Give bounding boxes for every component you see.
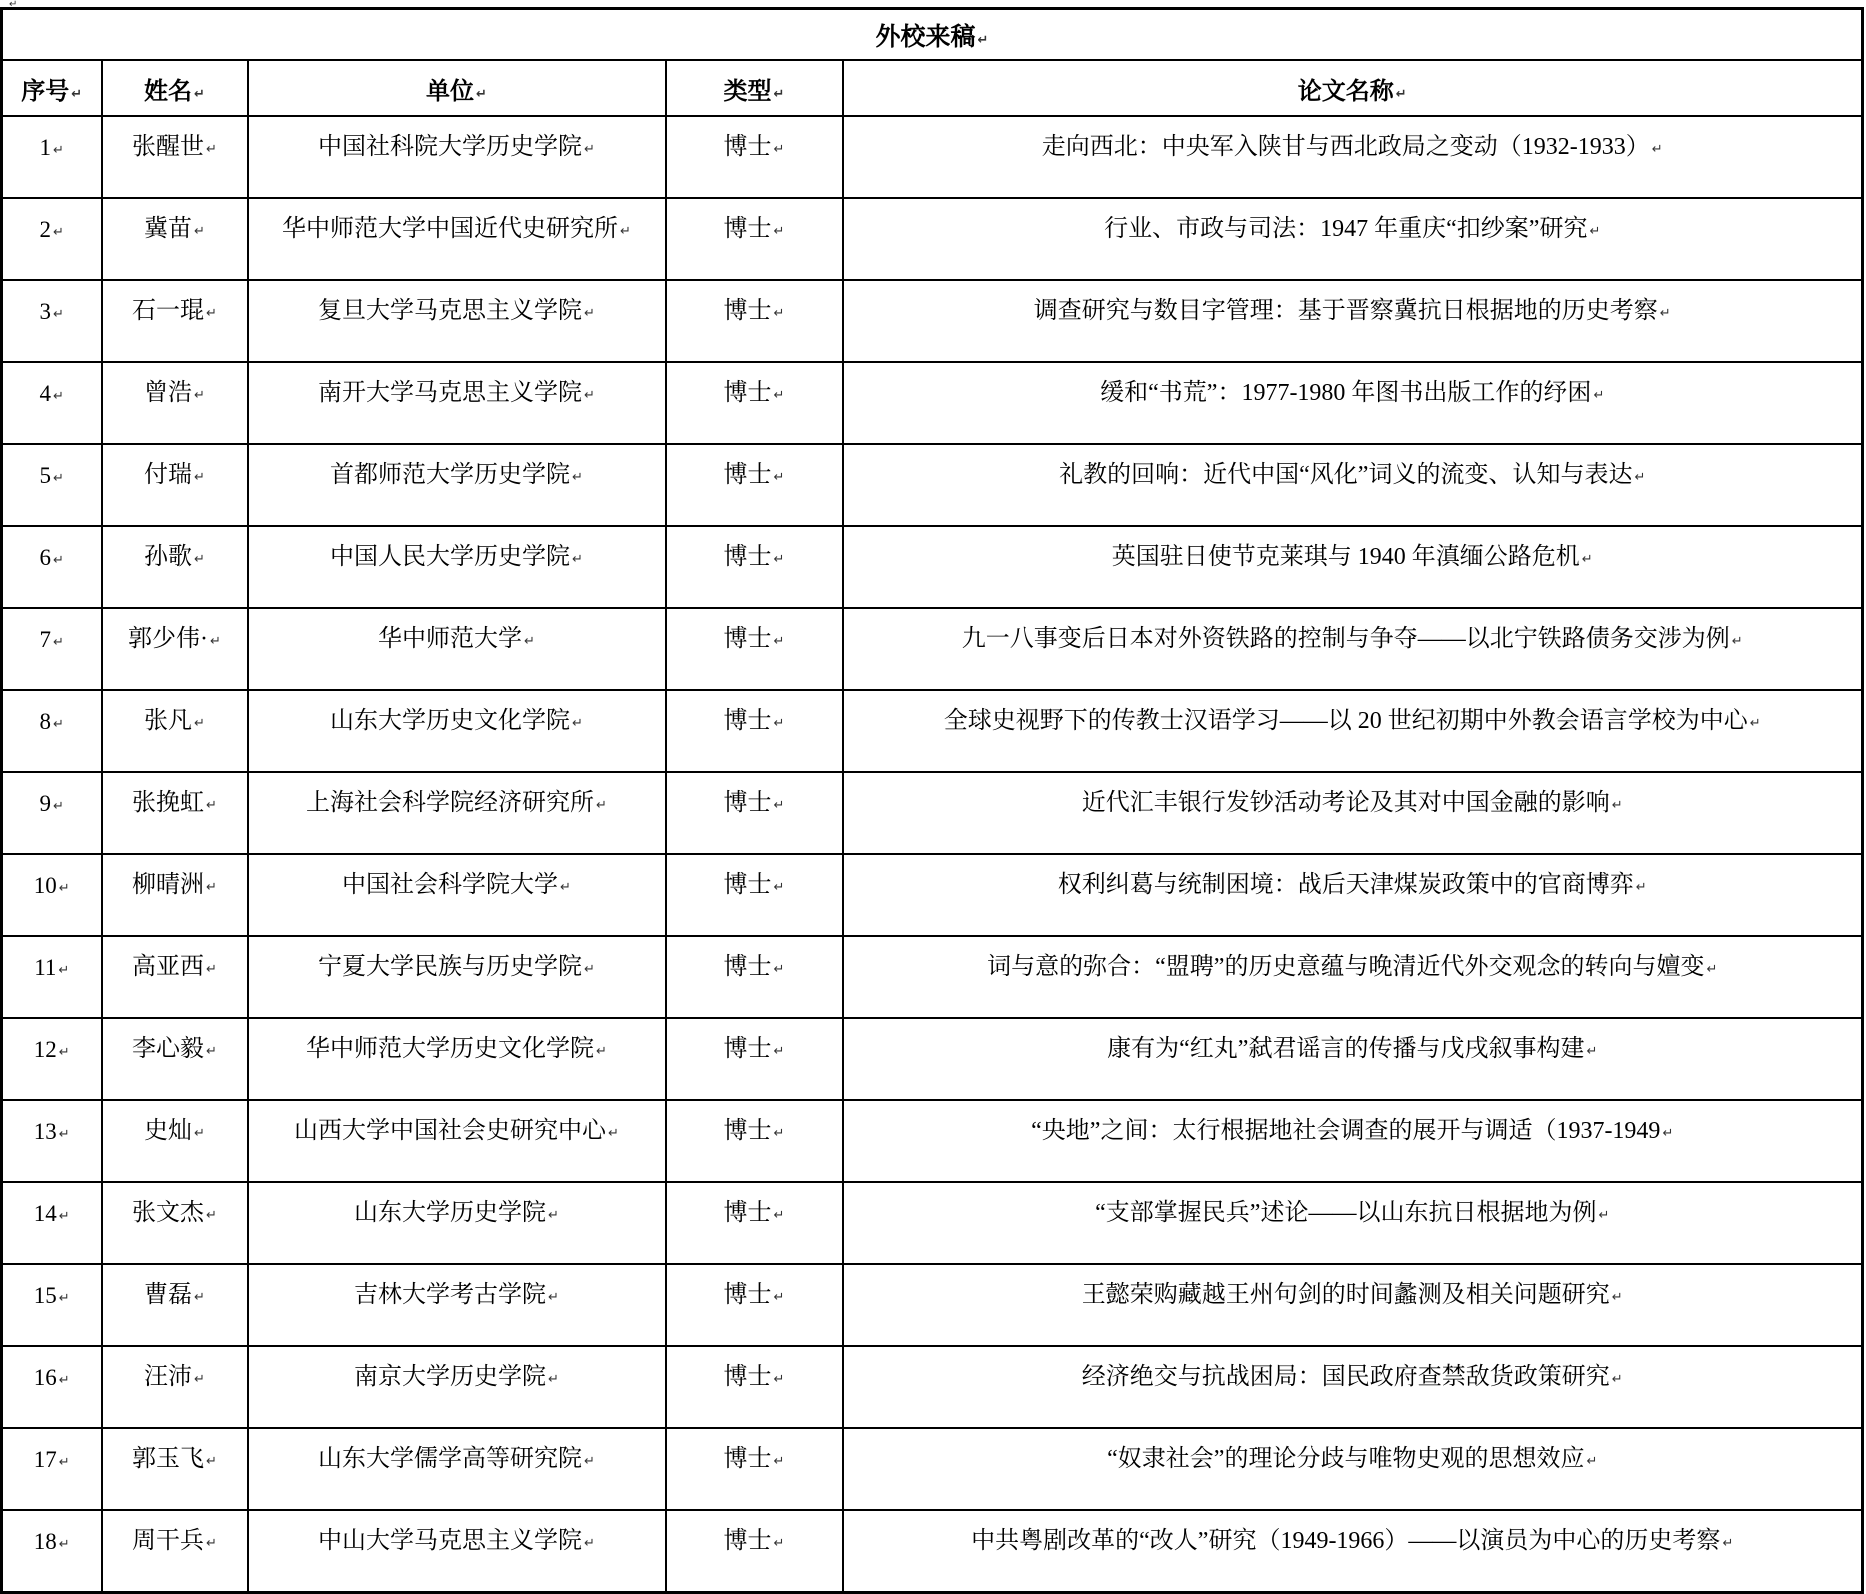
cell-name-text: 张醒世 (132, 134, 217, 160)
cell-type-text: 博士 (724, 1446, 785, 1472)
table-body: 1张醒世中国社科院大学历史学院博士走向西北：中央军入陕甘与西北政局之变动（193… (2, 116, 1863, 1593)
cell-type: 博士 (666, 280, 843, 362)
table-row: 15曹磊吉林大学考古学院博士王懿荣购藏越王州句剑的时间蠡测及相关问题研究 (2, 1264, 1863, 1346)
cell-unit-text: 宁夏大学民族与历史学院 (318, 954, 595, 980)
cell-name: 高亚西 (102, 936, 248, 1018)
cell-title: 全球史视野下的传教士汉语学习——以 20 世纪初期中外教会语言学校为中心 (843, 690, 1863, 772)
cell-title-text: 全球史视野下的传教士汉语学习——以 20 世纪初期中外教会语言学校为中心 (944, 708, 1761, 734)
cell-no-text: 2 (40, 217, 64, 242)
col-header-title: 论文名称 (843, 60, 1863, 116)
cell-no-text: 6 (40, 545, 64, 570)
cell-no: 15 (2, 1264, 102, 1346)
cell-name: 孙歌 (102, 526, 248, 608)
cell-unit-text: 南开大学马克思主义学院 (318, 380, 595, 406)
cell-unit: 山东大学历史文化学院 (248, 690, 666, 772)
cell-no-text: 11 (34, 955, 69, 980)
cell-no: 3 (2, 280, 102, 362)
table-row: 9张挽虹上海社会科学院经济研究所博士近代汇丰银行发钞活动考论及其对中国金融的影响 (2, 772, 1863, 854)
cell-type: 博士 (666, 116, 843, 198)
cell-no-text: 14 (34, 1201, 70, 1226)
table-row: 8张凡山东大学历史文化学院博士全球史视野下的传教士汉语学习——以 20 世纪初期… (2, 690, 1863, 772)
cell-type-text: 博士 (724, 1036, 785, 1062)
cell-no-text: 7 (40, 627, 64, 652)
cell-title: 调查研究与数目字管理：基于晋察冀抗日根据地的历史考察 (843, 280, 1863, 362)
cell-type: 博士 (666, 1428, 843, 1510)
cell-unit-text: 上海社会科学院经济研究所 (306, 790, 607, 816)
cell-type-text: 博士 (724, 216, 785, 242)
cell-unit: 山东大学儒学高等研究院 (248, 1428, 666, 1510)
col-header-no-text: 序号 (21, 79, 82, 105)
cell-no-text: 16 (34, 1365, 70, 1390)
cell-type-text: 博士 (724, 954, 785, 980)
cell-no: 7 (2, 608, 102, 690)
cell-title-text: 词与意的弥合：“盟聘”的历史意蕴与晚清近代外交观念的转向与嬗变 (987, 954, 1717, 980)
cell-name-text: 付瑞 (144, 462, 205, 488)
table-title: 外校来稿 (2, 9, 1863, 61)
cell-unit-text: 山西大学中国社会史研究中心 (294, 1118, 619, 1144)
cell-unit: 中山大学马克思主义学院 (248, 1510, 666, 1593)
cell-no-text: 15 (34, 1283, 70, 1308)
table-row: 13史灿山西大学中国社会史研究中心博士“央地”之间：太行根据地社会调查的展开与调… (2, 1100, 1863, 1182)
cell-no-text: 3 (40, 299, 64, 324)
cell-no: 18 (2, 1510, 102, 1593)
cell-name: 汪沛 (102, 1346, 248, 1428)
cell-title: 中共粤剧改革的“改人”研究（1949-1966）——以演员为中心的历史考察 (843, 1510, 1863, 1593)
cell-name-text: 张文杰 (132, 1200, 217, 1226)
cell-unit-text: 吉林大学考古学院 (354, 1282, 559, 1308)
table-row: 10柳晴洲中国社会科学院大学博士权利纠葛与统制困境：战后天津煤炭政策中的官商博弈 (2, 854, 1863, 936)
col-header-name-text: 姓名 (144, 79, 205, 105)
cell-unit-text: 南京大学历史学院 (354, 1364, 559, 1390)
cell-title-text: “支部掌握民兵”述论——以山东抗日根据地为例 (1095, 1200, 1609, 1226)
cell-no: 5 (2, 444, 102, 526)
cell-name: 曾浩 (102, 362, 248, 444)
cell-type-text: 博士 (724, 1200, 785, 1226)
cell-no: 9 (2, 772, 102, 854)
col-header-no: 序号 (2, 60, 102, 116)
cell-no: 14 (2, 1182, 102, 1264)
cell-no-text: 18 (34, 1529, 70, 1554)
cell-no-text: 10 (34, 873, 70, 898)
cell-unit: 首都师范大学历史学院 (248, 444, 666, 526)
cell-unit-text: 中山大学马克思主义学院 (318, 1528, 595, 1554)
cell-name: 冀苗 (102, 198, 248, 280)
cell-no-text: 17 (34, 1447, 70, 1472)
cell-type-text: 博士 (724, 1528, 785, 1554)
table-row: 17郭玉飞山东大学儒学高等研究院博士“奴隶社会”的理论分歧与唯物史观的思想效应 (2, 1428, 1863, 1510)
cell-unit: 宁夏大学民族与历史学院 (248, 936, 666, 1018)
cell-type: 博士 (666, 1018, 843, 1100)
cell-title-text: 走向西北：中央军入陕甘与西北政局之变动（1932-1933） (1042, 134, 1663, 160)
cell-title-text: 调查研究与数目字管理：基于晋察冀抗日根据地的历史考察 (1034, 298, 1671, 324)
cell-title: 行业、市政与司法：1947 年重庆“扣纱案”研究 (843, 198, 1863, 280)
cell-title: “央地”之间：太行根据地社会调查的展开与调适（1937-1949 (843, 1100, 1863, 1182)
table-row: 11高亚西宁夏大学民族与历史学院博士词与意的弥合：“盟聘”的历史意蕴与晚清近代外… (2, 936, 1863, 1018)
document-page: ↵ 外校来稿 序号 姓名 单位 类型 论文名称 1张醒世中国社科院大学历史学院博… (0, 0, 1866, 1247)
cell-name-text: 张凡 (144, 708, 205, 734)
cell-name: 周干兵 (102, 1510, 248, 1593)
cell-title-text: 英国驻日使节克莱琪与 1940 年滇缅公路危机 (1112, 544, 1593, 570)
cell-name: 郭玉飞 (102, 1428, 248, 1510)
cell-no-text: 1 (40, 135, 64, 160)
cell-no-text: 12 (34, 1037, 70, 1062)
col-header-title-text: 论文名称 (1298, 79, 1407, 105)
cell-unit: 山东大学历史学院 (248, 1182, 666, 1264)
cell-title-text: 行业、市政与司法：1947 年重庆“扣纱案”研究 (1104, 216, 1600, 242)
cell-type: 博士 (666, 1182, 843, 1264)
cell-title-text: 缓和“书荒”：1977-1980 年图书出版工作的纾困 (1100, 380, 1604, 406)
table-row: 12李心毅华中师范大学历史文化学院博士康有为“红丸”弑君谣言的传播与戊戌叙事构建 (2, 1018, 1863, 1100)
cell-unit: 华中师范大学中国近代史研究所 (248, 198, 666, 280)
cell-name-text: 冀苗 (144, 216, 205, 242)
cell-unit: 南开大学马克思主义学院 (248, 362, 666, 444)
cell-type-text: 博士 (724, 1118, 785, 1144)
cell-type: 博士 (666, 198, 843, 280)
col-header-name: 姓名 (102, 60, 248, 116)
cell-name: 曹磊 (102, 1264, 248, 1346)
cell-title: “奴隶社会”的理论分歧与唯物史观的思想效应 (843, 1428, 1863, 1510)
cell-type: 博士 (666, 362, 843, 444)
cell-unit-text: 华中师范大学中国近代史研究所 (282, 216, 631, 242)
cell-name-text: 孙歌 (144, 544, 205, 570)
cell-title-text: “奴隶社会”的理论分歧与唯物史观的思想效应 (1107, 1446, 1597, 1472)
cell-name: 郭少伟· (102, 608, 248, 690)
cell-type-text: 博士 (724, 1364, 785, 1390)
cell-title: 王懿荣购藏越王州句剑的时间蠡测及相关问题研究 (843, 1264, 1863, 1346)
table-header-row: 序号 姓名 单位 类型 论文名称 (2, 60, 1863, 116)
cell-name-text: 张挽虹 (132, 790, 217, 816)
cell-type: 博士 (666, 1346, 843, 1428)
cell-unit-text: 山东大学儒学高等研究院 (318, 1446, 595, 1472)
cell-unit: 吉林大学考古学院 (248, 1264, 666, 1346)
cell-unit: 华中师范大学 (248, 608, 666, 690)
cell-title-text: 权利纠葛与统制困境：战后天津煤炭政策中的官商博弈 (1058, 872, 1647, 898)
cell-no: 8 (2, 690, 102, 772)
cell-type: 博士 (666, 1264, 843, 1346)
table-row: 16汪沛南京大学历史学院博士经济绝交与抗战困局：国民政府查禁敌货政策研究 (2, 1346, 1863, 1428)
cell-type-text: 博士 (724, 380, 785, 406)
table-title-text: 外校来稿 (876, 24, 989, 51)
cell-title-text: 康有为“红丸”弑君谣言的传播与戊戌叙事构建 (1107, 1036, 1597, 1062)
cell-unit-text: 华中师范大学历史文化学院 (306, 1036, 607, 1062)
cell-type: 博士 (666, 854, 843, 936)
cell-name: 张醒世 (102, 116, 248, 198)
cell-type-text: 博士 (724, 626, 785, 652)
cell-no: 13 (2, 1100, 102, 1182)
cell-title: 走向西北：中央军入陕甘与西北政局之变动（1932-1933） (843, 116, 1863, 198)
table-row: 7郭少伟·华中师范大学博士九一八事变后日本对外资铁路的控制与争夺——以北宁铁路债… (2, 608, 1863, 690)
cell-unit-text: 山东大学历史学院 (354, 1200, 559, 1226)
table-row: 6孙歌中国人民大学历史学院博士英国驻日使节克莱琪与 1940 年滇缅公路危机 (2, 526, 1863, 608)
cell-title-text: 经济绝交与抗战困局：国民政府查禁敌货政策研究 (1082, 1364, 1623, 1390)
cell-type: 博士 (666, 608, 843, 690)
cell-no-text: 4 (40, 381, 64, 406)
cell-name-text: 曾浩 (144, 380, 205, 406)
cell-unit-text: 中国社科院大学历史学院 (318, 134, 595, 160)
cell-name-text: 柳晴洲 (132, 872, 217, 898)
cell-title: 康有为“红丸”弑君谣言的传播与戊戌叙事构建 (843, 1018, 1863, 1100)
cell-name: 史灿 (102, 1100, 248, 1182)
cell-name: 张挽虹 (102, 772, 248, 854)
cell-type-text: 博士 (724, 298, 785, 324)
cell-name: 李心毅 (102, 1018, 248, 1100)
cell-name-text: 石一琨 (132, 298, 217, 324)
cell-title-text: “央地”之间：太行根据地社会调查的展开与调适（1937-1949 (1031, 1118, 1673, 1144)
cell-no: 11 (2, 936, 102, 1018)
cell-title-text: 王懿荣购藏越王州句剑的时间蠡测及相关问题研究 (1082, 1282, 1623, 1308)
cell-unit: 中国社科院大学历史学院 (248, 116, 666, 198)
cell-title: 礼教的回响：近代中国“风化”词义的流变、认知与表达 (843, 444, 1863, 526)
cell-name: 张凡 (102, 690, 248, 772)
cell-title: 英国驻日使节克莱琪与 1940 年滇缅公路危机 (843, 526, 1863, 608)
cell-unit: 中国社会科学院大学 (248, 854, 666, 936)
cell-unit-text: 山东大学历史文化学院 (330, 708, 583, 734)
cell-unit: 中国人民大学历史学院 (248, 526, 666, 608)
cell-unit-text: 华中师范大学 (378, 626, 535, 652)
cell-name: 石一琨 (102, 280, 248, 362)
cell-title: 权利纠葛与统制困境：战后天津煤炭政策中的官商博弈 (843, 854, 1863, 936)
cell-name-text: 郭少伟· (128, 626, 221, 652)
cell-title-text: 中共粤剧改革的“改人”研究（1949-1966）——以演员为中心的历史考察 (971, 1528, 1733, 1554)
cell-type: 博士 (666, 772, 843, 854)
table-row: 18周干兵中山大学马克思主义学院博士中共粤剧改革的“改人”研究（1949-196… (2, 1510, 1863, 1593)
cell-no: 10 (2, 854, 102, 936)
cell-name-text: 李心毅 (132, 1036, 217, 1062)
cell-title-text: 九一八事变后日本对外资铁路的控制与争夺——以北宁铁路债务交涉为例 (962, 626, 1743, 652)
cell-type-text: 博士 (724, 790, 785, 816)
cell-type: 博士 (666, 1510, 843, 1593)
cell-title: 近代汇丰银行发钞活动考论及其对中国金融的影响 (843, 772, 1863, 854)
cell-no: 2 (2, 198, 102, 280)
cell-type: 博士 (666, 936, 843, 1018)
table-row: 3石一琨复旦大学马克思主义学院博士调查研究与数目字管理：基于晋察冀抗日根据地的历… (2, 280, 1863, 362)
cell-name-text: 高亚西 (132, 954, 217, 980)
cell-name-text: 曹磊 (144, 1282, 205, 1308)
cell-no: 6 (2, 526, 102, 608)
cell-unit-text: 首都师范大学历史学院 (330, 462, 583, 488)
table-row: 5付瑞首都师范大学历史学院博士礼教的回响：近代中国“风化”词义的流变、认知与表达 (2, 444, 1863, 526)
table-row: 14张文杰山东大学历史学院博士“支部掌握民兵”述论——以山东抗日根据地为例 (2, 1182, 1863, 1264)
cell-title: 词与意的弥合：“盟聘”的历史意蕴与晚清近代外交观念的转向与嬗变 (843, 936, 1863, 1018)
cell-no: 4 (2, 362, 102, 444)
cell-name-text: 汪沛 (144, 1364, 205, 1390)
table-title-row: 外校来稿 (2, 9, 1863, 61)
cell-no-text: 13 (34, 1119, 70, 1144)
cell-name: 张文杰 (102, 1182, 248, 1264)
cell-type: 博士 (666, 526, 843, 608)
cell-no: 17 (2, 1428, 102, 1510)
table-row: 1张醒世中国社科院大学历史学院博士走向西北：中央军入陕甘与西北政局之变动（193… (2, 116, 1863, 198)
cell-name-text: 周干兵 (132, 1528, 217, 1554)
cell-title-text: 近代汇丰银行发钞活动考论及其对中国金融的影响 (1082, 790, 1623, 816)
cell-type: 博士 (666, 444, 843, 526)
cell-title: “支部掌握民兵”述论——以山东抗日根据地为例 (843, 1182, 1863, 1264)
paragraph-mark-icon: ↵ (9, 0, 17, 10)
cell-name-text: 郭玉飞 (132, 1446, 217, 1472)
cell-unit-text: 中国社会科学院大学 (342, 872, 571, 898)
cell-no-text: 5 (40, 463, 64, 488)
col-header-unit-text: 单位 (426, 79, 487, 105)
col-header-type-text: 类型 (724, 79, 785, 105)
cell-type: 博士 (666, 690, 843, 772)
cell-name-text: 史灿 (144, 1118, 205, 1144)
cell-type-text: 博士 (724, 872, 785, 898)
cell-no: 12 (2, 1018, 102, 1100)
cell-title-text: 礼教的回响：近代中国“风化”词义的流变、认知与表达 (1059, 462, 1645, 488)
cell-unit: 复旦大学马克思主义学院 (248, 280, 666, 362)
cell-unit: 南京大学历史学院 (248, 1346, 666, 1428)
table-row: 2冀苗华中师范大学中国近代史研究所博士行业、市政与司法：1947 年重庆“扣纱案… (2, 198, 1863, 280)
cell-type-text: 博士 (724, 1282, 785, 1308)
submissions-table: 外校来稿 序号 姓名 单位 类型 论文名称 1张醒世中国社科院大学历史学院博士走… (0, 7, 1864, 1594)
cell-name: 付瑞 (102, 444, 248, 526)
cell-no: 16 (2, 1346, 102, 1428)
cell-unit-text: 中国人民大学历史学院 (330, 544, 583, 570)
cell-type: 博士 (666, 1100, 843, 1182)
cell-type-text: 博士 (724, 134, 785, 160)
cell-no-text: 8 (40, 709, 64, 734)
cell-name: 柳晴洲 (102, 854, 248, 936)
cell-unit: 上海社会科学院经济研究所 (248, 772, 666, 854)
col-header-type: 类型 (666, 60, 843, 116)
cell-type-text: 博士 (724, 544, 785, 570)
cell-title: 九一八事变后日本对外资铁路的控制与争夺——以北宁铁路债务交涉为例 (843, 608, 1863, 690)
table-row: 4曾浩南开大学马克思主义学院博士缓和“书荒”：1977-1980 年图书出版工作… (2, 362, 1863, 444)
cell-no: 1 (2, 116, 102, 198)
cell-type-text: 博士 (724, 462, 785, 488)
cell-no-text: 9 (40, 791, 64, 816)
cell-unit: 山西大学中国社会史研究中心 (248, 1100, 666, 1182)
cell-title: 缓和“书荒”：1977-1980 年图书出版工作的纾困 (843, 362, 1863, 444)
cell-unit: 华中师范大学历史文化学院 (248, 1018, 666, 1100)
cell-title: 经济绝交与抗战困局：国民政府查禁敌货政策研究 (843, 1346, 1863, 1428)
cell-unit-text: 复旦大学马克思主义学院 (318, 298, 595, 324)
cell-type-text: 博士 (724, 708, 785, 734)
col-header-unit: 单位 (248, 60, 666, 116)
